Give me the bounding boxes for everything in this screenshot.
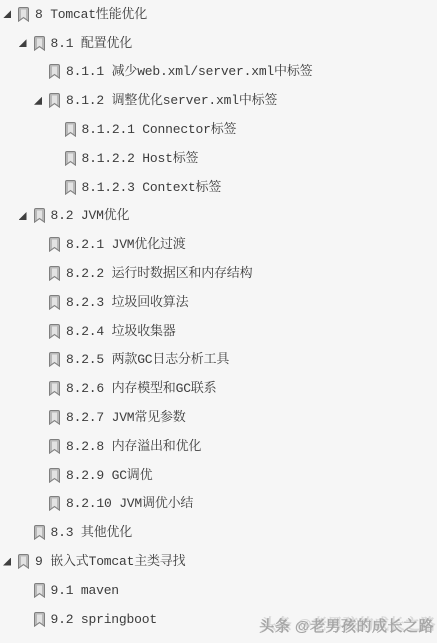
bookmark-icon	[65, 122, 76, 137]
bookmark-item[interactable]: 8.2.5 两款GC日志分析工具	[0, 346, 437, 375]
bookmark-item[interactable]: 9.1 maven	[0, 576, 437, 605]
bookmark-icon	[49, 439, 60, 454]
bookmark-icon	[49, 352, 60, 367]
expand-toggle[interactable]	[3, 10, 18, 18]
bookmark-label[interactable]: 8.1.2 调整优化server.xml中标签	[66, 94, 277, 107]
bookmark-icon	[49, 468, 60, 483]
bookmark-item[interactable]: 8.2.1 JVM优化过渡	[0, 230, 437, 259]
bookmark-label[interactable]: 8.2.5 两款GC日志分析工具	[66, 353, 229, 366]
bookmark-label[interactable]: 8 Tomcat性能优化	[35, 8, 147, 21]
bookmark-item[interactable]: 8.1.1 减少web.xml/server.xml中标签	[0, 58, 437, 87]
bookmark-item[interactable]: 8.2.2 运行时数据区和内存结构	[0, 259, 437, 288]
expanded-triangle-icon[interactable]	[34, 97, 42, 105]
bookmark-item[interactable]: 8.1.2.3 Context标签	[0, 173, 437, 202]
bookmark-icon	[49, 295, 60, 310]
bookmark-icon	[18, 554, 29, 569]
bookmark-label[interactable]: 8.2.3 垃圾回收算法	[66, 296, 188, 309]
bookmark-label[interactable]: 8.2.9 GC调优	[66, 469, 152, 482]
bookmark-icon	[49, 64, 60, 79]
bookmark-label[interactable]: 8.1.1 减少web.xml/server.xml中标签	[66, 65, 312, 78]
expanded-triangle-icon[interactable]	[3, 558, 11, 566]
bookmark-label[interactable]: 8.1 配置优化	[51, 37, 133, 50]
bookmark-item[interactable]: 8.2.6 内存模型和GC联系	[0, 374, 437, 403]
expand-toggle[interactable]	[3, 558, 18, 566]
bookmark-item[interactable]: 8.1.2.2 Host标签	[0, 144, 437, 173]
bookmark-icon	[49, 266, 60, 281]
bookmark-item[interactable]: 8.2 JVM优化	[0, 202, 437, 231]
bookmark-label[interactable]: 8.1.2.1 Connector标签	[82, 123, 237, 136]
bookmark-item[interactable]: 8 Tomcat性能优化	[0, 0, 437, 29]
bookmark-icon	[65, 180, 76, 195]
bookmark-icon	[49, 381, 60, 396]
bookmark-item[interactable]: 8.1.2.1 Connector标签	[0, 115, 437, 144]
expanded-triangle-icon[interactable]	[19, 39, 27, 47]
bookmark-label[interactable]: 8.1.2.3 Context标签	[82, 181, 222, 194]
bookmark-label[interactable]: 8.1.2.2 Host标签	[82, 152, 199, 165]
bookmark-icon	[18, 7, 29, 22]
bookmark-item[interactable]: 8.2.3 垃圾回收算法	[0, 288, 437, 317]
bookmark-label[interactable]: 8.2.10 JVM调优小结	[66, 497, 193, 510]
expand-toggle[interactable]	[34, 97, 49, 105]
expanded-triangle-icon[interactable]	[3, 10, 11, 18]
bookmark-icon	[65, 151, 76, 166]
bookmark-label[interactable]: 8.2.4 垃圾收集器	[66, 325, 176, 338]
bookmark-item[interactable]: 8.2.8 内存溢出和优化	[0, 432, 437, 461]
expanded-triangle-icon[interactable]	[19, 212, 27, 220]
bookmark-item[interactable]: 8.1.2 调整优化server.xml中标签	[0, 86, 437, 115]
bookmark-icon	[34, 36, 45, 51]
bookmark-tree: 8 Tomcat性能优化 8.1 配置优化 8.1.1 减少web.xml/se…	[0, 0, 437, 634]
bookmark-item[interactable]: 8.2.9 GC调优	[0, 461, 437, 490]
bookmark-label[interactable]: 9.2 springboot	[51, 613, 157, 626]
expand-toggle[interactable]	[19, 39, 34, 47]
bookmark-item[interactable]: 9.2 springboot	[0, 605, 437, 634]
bookmark-icon	[34, 525, 45, 540]
bookmark-label[interactable]: 8.2.8 内存溢出和优化	[66, 440, 201, 453]
bookmark-icon	[49, 93, 60, 108]
bookmark-label[interactable]: 8.2 JVM优化	[51, 209, 130, 222]
bookmark-icon	[34, 583, 45, 598]
bookmark-item[interactable]: 8.2.10 JVM调优小结	[0, 490, 437, 519]
bookmark-item[interactable]: 9 嵌入式Tomcat主类寻找	[0, 547, 437, 576]
bookmark-icon	[49, 237, 60, 252]
bookmark-item[interactable]: 8.3 其他优化	[0, 518, 437, 547]
bookmark-label[interactable]: 8.2.2 运行时数据区和内存结构	[66, 267, 252, 280]
bookmark-label[interactable]: 9 嵌入式Tomcat主类寻找	[35, 555, 185, 568]
bookmark-label[interactable]: 9.1 maven	[51, 584, 119, 597]
bookmark-icon	[49, 410, 60, 425]
bookmark-icon	[34, 208, 45, 223]
bookmark-label[interactable]: 8.3 其他优化	[51, 526, 133, 539]
bookmark-item[interactable]: 8.1 配置优化	[0, 29, 437, 58]
bookmark-label[interactable]: 8.2.1 JVM优化过渡	[66, 238, 186, 251]
expand-toggle[interactable]	[19, 212, 34, 220]
bookmark-icon	[49, 496, 60, 511]
bookmark-item[interactable]: 8.2.4 垃圾收集器	[0, 317, 437, 346]
bookmark-label[interactable]: 8.2.7 JVM常见参数	[66, 411, 186, 424]
bookmark-label[interactable]: 8.2.6 内存模型和GC联系	[66, 382, 216, 395]
bookmark-item[interactable]: 8.2.7 JVM常见参数	[0, 403, 437, 432]
bookmark-icon	[34, 612, 45, 627]
bookmark-icon	[49, 324, 60, 339]
